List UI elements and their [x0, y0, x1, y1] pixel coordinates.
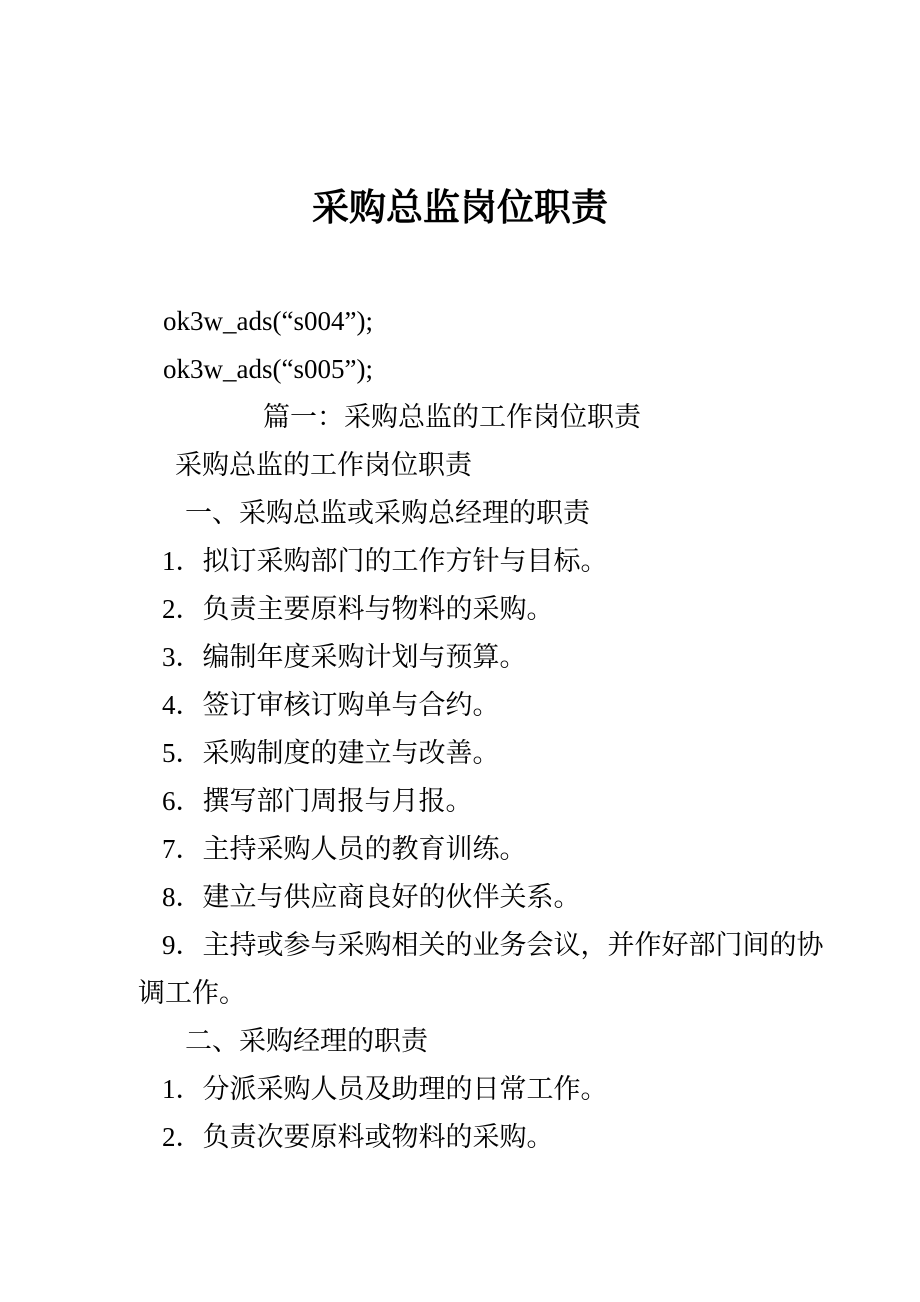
list-item: 9．主持或参与采购相关的业务会议，并作好部门间的协 [138, 921, 782, 969]
document-page: 采购总监岗位职责 ok3w_ads(“s004”); ok3w_ads(“s00… [0, 0, 920, 1302]
page-title: 采购总监岗位职责 [0, 185, 920, 233]
section-heading: 一、采购总监或采购总经理的职责 [138, 489, 782, 537]
section-heading: 二、采购经理的职责 [138, 1017, 782, 1065]
list-item: 5．采购制度的建立与改善。 [138, 729, 782, 777]
chapter-heading: 篇一：采购总监的工作岗位职责 [138, 393, 782, 441]
list-item: 2．负责主要原料与物料的采购。 [138, 585, 782, 633]
list-item: 1．拟订采购部门的工作方针与目标。 [138, 537, 782, 585]
document-body: ok3w_ads(“s004”); ok3w_ads(“s005”); 篇一：采… [138, 297, 782, 1161]
list-item: 3．编制年度采购计划与预算。 [138, 633, 782, 681]
list-item: 1．分派采购人员及助理的日常工作。 [138, 1065, 782, 1113]
list-item: 8．建立与供应商良好的伙伴关系。 [138, 873, 782, 921]
list-item: 2．负责次要原料或物料的采购。 [138, 1113, 782, 1161]
ad-script-line: ok3w_ads(“s004”); [138, 297, 782, 345]
list-item-continuation: 调工作。 [138, 969, 782, 1017]
ad-script-line: ok3w_ads(“s005”); [138, 345, 782, 393]
list-item: 4．签订审核订购单与合约。 [138, 681, 782, 729]
list-item: 7．主持采购人员的教育训练。 [138, 825, 782, 873]
doc-subtitle: 采购总监的工作岗位职责 [138, 441, 782, 489]
list-item: 6．撰写部门周报与月报。 [138, 777, 782, 825]
